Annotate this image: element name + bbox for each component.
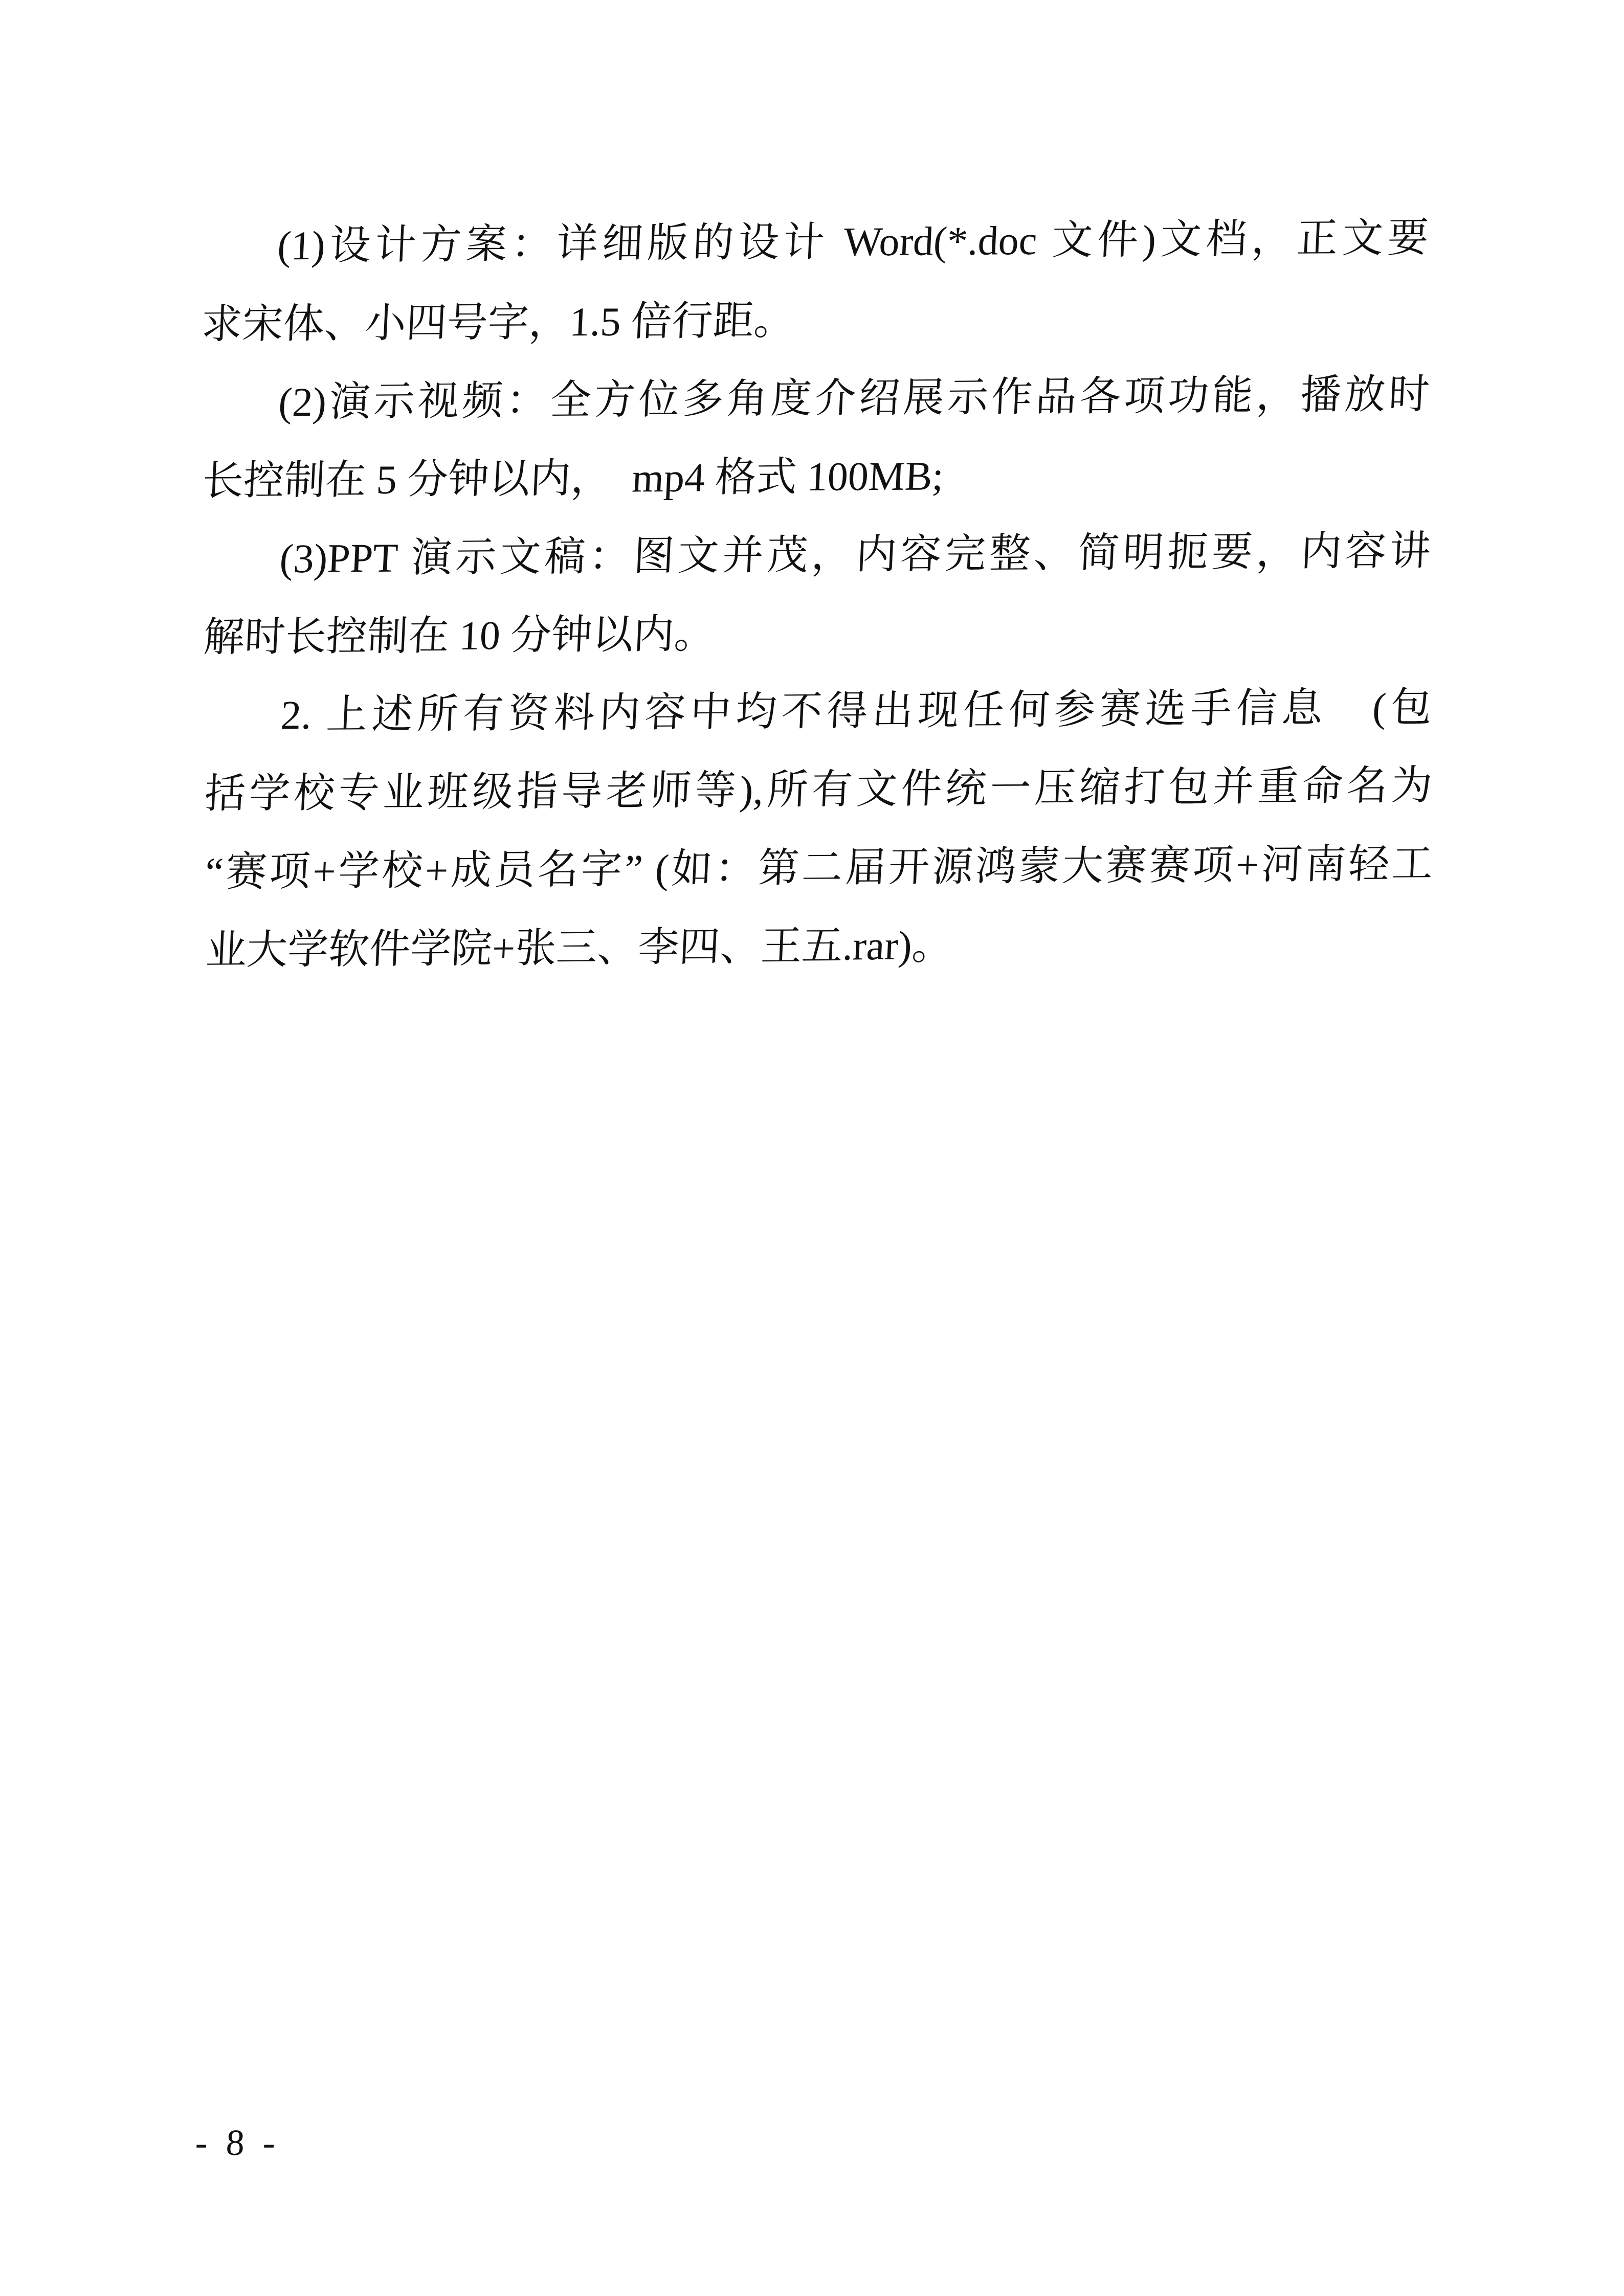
- text-line: (2)演示视频：全方位多角度介绍展示作品各项功能，播放时: [200, 356, 1431, 443]
- text-line: 求宋体、小四号字，1.5 倍行距。: [199, 278, 1431, 365]
- document-body: (1)设计方案：详细版的设计 Word(*.doc 文件)文档，正文要求宋体、小…: [199, 199, 1433, 991]
- text-line: 2. 上述所有资料内容中均不得出现任何参赛选手信息 (包: [203, 669, 1434, 756]
- text-line: 括学校专业班级指导老师等),所有文件统一压缩打包并重命名为: [203, 747, 1434, 834]
- text-line: 业大学软件学院+张三、李四、王五.rar)。: [204, 904, 1435, 991]
- text-line: (1)设计方案：详细版的设计 Word(*.doc 文件)文档，正文要: [199, 199, 1430, 286]
- text-line: 解时长控制在 10 分钟以内。: [202, 591, 1433, 678]
- text-line: 长控制在 5 分钟以内， mp4 格式 100MB;: [201, 434, 1432, 521]
- document-page: (1)设计方案：详细版的设计 Word(*.doc 文件)文档，正文要求宋体、小…: [0, 0, 1624, 2296]
- text-line: (3)PPT 演示文稿：图文并茂，内容完整、简明扼要，内容讲: [201, 512, 1432, 599]
- page-number: - 8 -: [194, 2118, 277, 2167]
- text-line: “赛项+学校+成员名字” (如：第二届开源鸿蒙大赛赛项+河南轻工: [204, 825, 1435, 912]
